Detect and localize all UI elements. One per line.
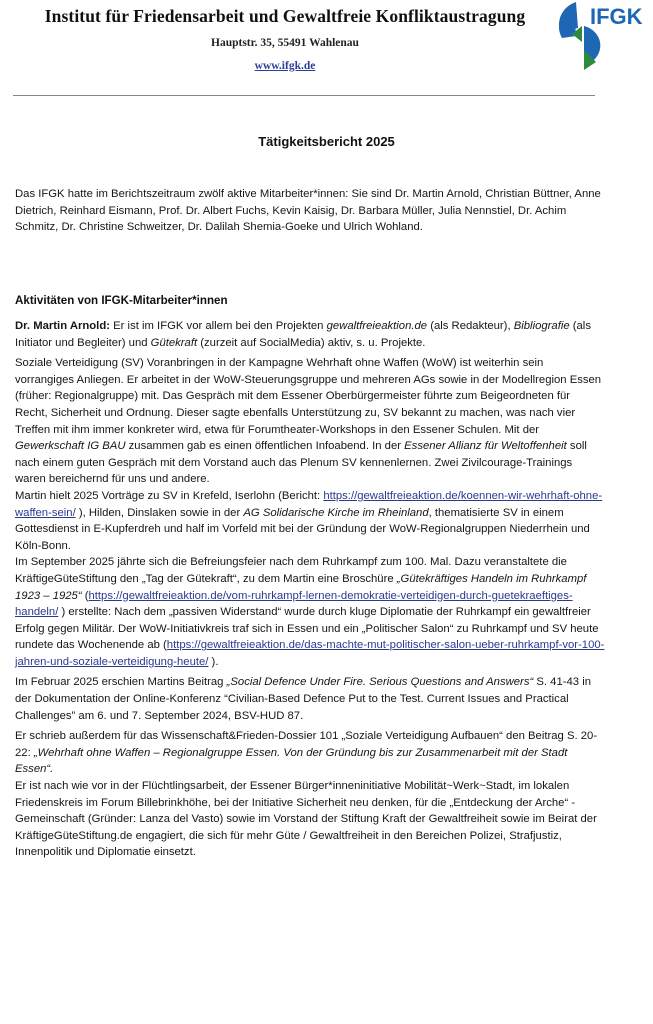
logo-text: IFGK — [590, 4, 643, 29]
project-gewaltfreieaktion: gewaltfreieaktion.de — [327, 320, 427, 332]
section-heading: Aktivitäten von IFGK-Mitarbeiter*innen — [15, 294, 228, 307]
organization-address: Hauptstr. 35, 55491 Wahlenau — [0, 37, 570, 49]
ifgk-logo-icon: IFGK — [554, 0, 653, 72]
paragraph-social-defence: Soziale Verteidigung (SV) Voranbringen i… — [15, 355, 605, 488]
document-title: Tätigkeitsbericht 2025 — [0, 134, 653, 149]
website-link[interactable]: www.ifgk.de — [255, 60, 316, 72]
website-line: www.ifgk.de — [0, 60, 570, 72]
paragraph-engagements: Er ist nach wie vor in der Flüchtlingsar… — [15, 778, 605, 861]
intro-paragraph: Das IFGK hatte im Berichtszeitraum zwölf… — [15, 186, 605, 236]
intro-text: Das IFGK hatte im Berichtszeitraum zwölf… — [15, 186, 605, 236]
project-guetekraft: Gütekraft — [151, 337, 197, 349]
paragraph-publication-social-defence: Im Februar 2025 erschien Martins Beitrag… — [15, 674, 605, 724]
person-name: Dr. Martin Arnold: — [15, 320, 110, 332]
header-divider — [13, 95, 595, 96]
organization-name: Institut für Friedensarbeit und Gewaltfr… — [0, 6, 570, 27]
paragraph-publication-wf-dossier: Er schrieb außerdem für das Wissenschaft… — [15, 728, 605, 778]
project-bibliografie: Bibliografie — [514, 320, 570, 332]
paragraph-arnold-intro: Dr. Martin Arnold: Er ist im IFGK vor al… — [15, 318, 605, 351]
paragraph-ruhrkampf: Im September 2025 jährte sich die Befrei… — [15, 554, 605, 670]
paragraph-lectures: Martin hielt 2025 Vorträge zu SV in Kref… — [15, 488, 605, 554]
activities-body: Dr. Martin Arnold: Er ist im IFGK vor al… — [15, 318, 605, 861]
